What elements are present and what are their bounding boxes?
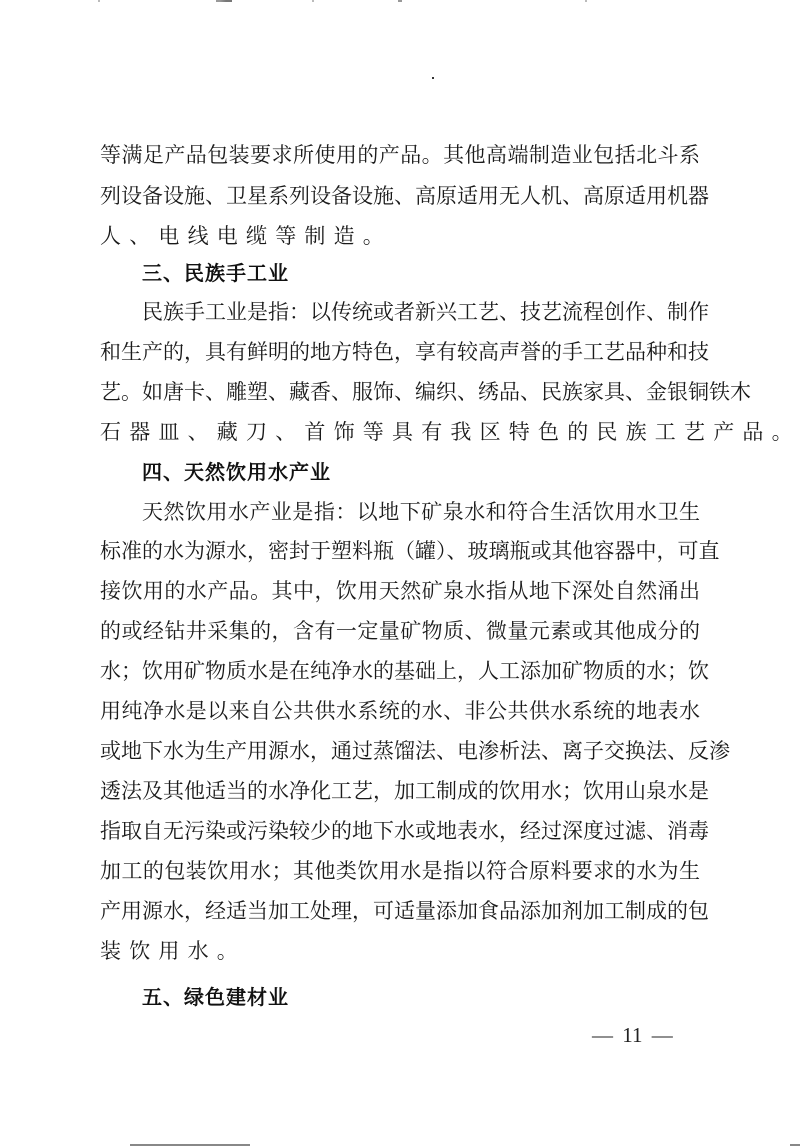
paragraph-line: 透法及其他适当的水净化工艺，加工制成的饮用水；饮用山泉水是	[100, 776, 700, 806]
paragraph-line: 加工的包装饮用水；其他类饮用水是指以符合原料要求的水为生	[100, 856, 700, 886]
paragraph-line: 指取自无污染或污染较少的地下水或地表水，经过深度过滤、消毒	[100, 816, 700, 846]
paragraph-line: 民族手工业是指：以传统或者新兴工艺、技艺流程创作、制作	[142, 297, 700, 327]
paragraph-line: 人、电线电缆等制造。	[100, 221, 700, 251]
scan-artifact-dot	[432, 77, 434, 79]
paragraph-line: 等满足产品包装要求所使用的产品。其他高端制造业包括北斗系	[100, 140, 700, 170]
paragraph-line: 和生产的，具有鲜明的地方特色，享有较高声誉的手工艺品种和技	[100, 337, 700, 367]
paragraph-line: 石器皿、藏刀、首饰等具有我区特色的民族工艺产品。	[100, 417, 700, 447]
paragraph-line: 接饮用的水产品。其中，饮用天然矿泉水指从地下深处自然涌出	[100, 576, 700, 606]
paragraph-line: 用纯净水是以来自公共供水系统的水、非公共供水系统的地表水	[100, 696, 700, 726]
paragraph-line: 或地下水为生产用源水，通过蒸馏法、电渗析法、离子交换法、反渗	[100, 736, 700, 766]
scan-artifact-top-edge	[0, 0, 800, 2]
section-heading: 三、民族手工业	[142, 258, 289, 288]
paragraph-line: 天然饮用水产业是指：以地下矿泉水和符合生活饮用水卫生	[142, 497, 700, 527]
section-heading: 五、绿色建材业	[142, 982, 289, 1012]
paragraph-line: 装饮用水。	[100, 936, 700, 966]
paragraph-line: 标准的水为源水，密封于塑料瓶（罐）、玻璃瓶或其他容器中，可直	[100, 536, 700, 566]
document-page: 等满足产品包装要求所使用的产品。其他高端制造业包括北斗系 列设备设施、卫星系列设…	[0, 0, 800, 1146]
paragraph-line: 产用源水，经适当加工处理，可适量添加食品添加剂加工制成的包	[100, 896, 700, 926]
paragraph-line: 列设备设施、卫星系列设备设施、高原适用无人机、高原适用机器	[100, 181, 700, 211]
section-heading: 四、天然饮用水产业	[142, 457, 331, 487]
paragraph-line: 的或经钻井采集的，含有一定量矿物质、微量元素或其他成分的	[100, 616, 700, 646]
page-number: — 11 —	[592, 1021, 673, 1049]
paragraph-line: 水；饮用矿物质水是在纯净水的基础上，人工添加矿物质的水；饮	[100, 656, 700, 686]
paragraph-line: 艺。如唐卡、雕塑、藏香、服饰、编织、绣品、民族家具、金银铜铁木	[100, 377, 700, 407]
